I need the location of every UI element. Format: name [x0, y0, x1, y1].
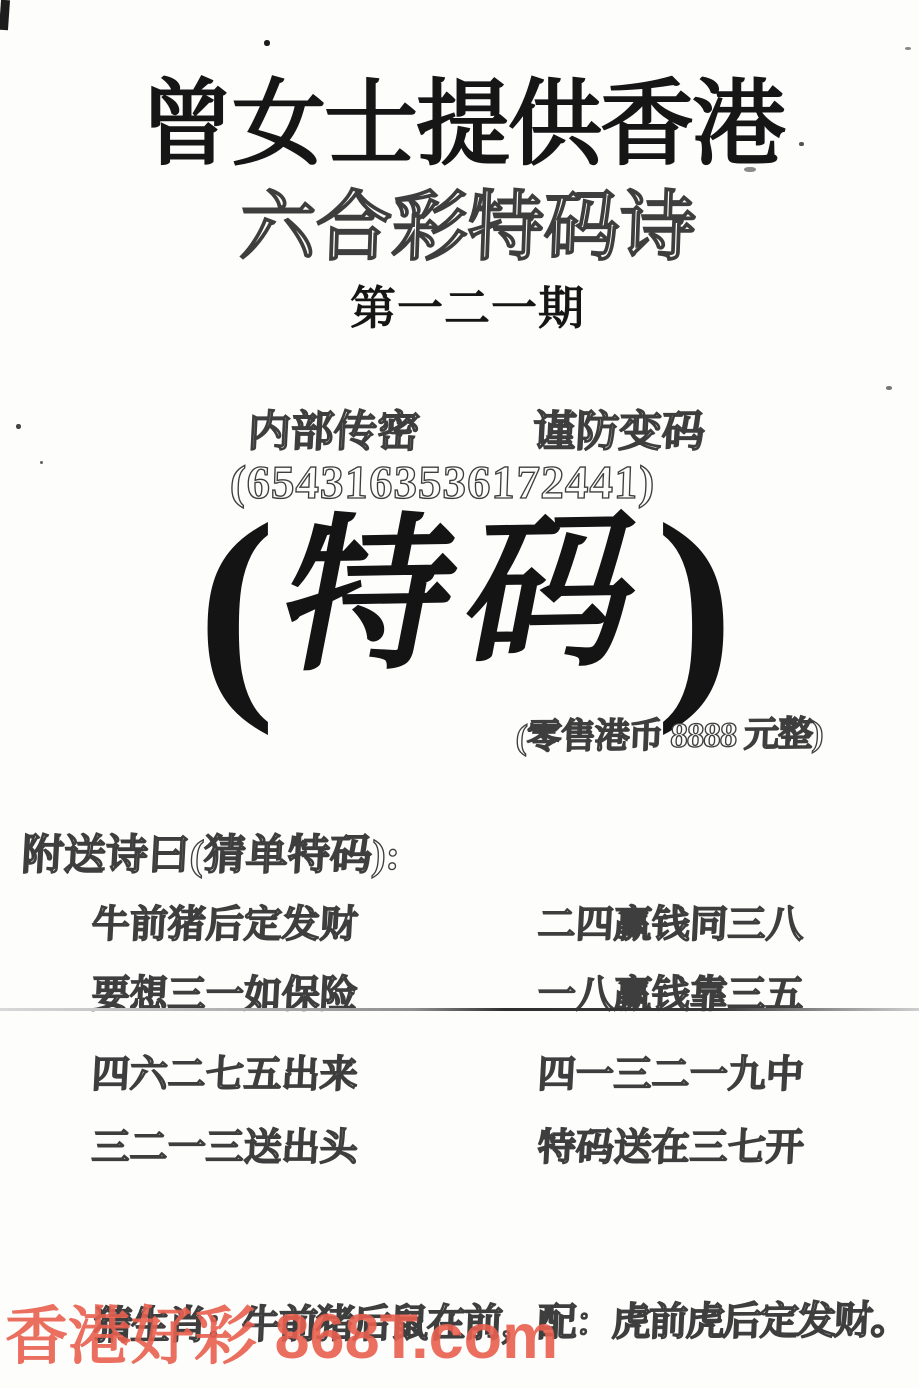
- poem-line: 三二一三送出头: [91, 1116, 360, 1171]
- scan-speck: [16, 424, 21, 429]
- poem-line: 二四赢钱同三八: [537, 893, 806, 948]
- issue-number: 第一二一期: [350, 272, 585, 338]
- poem-line: 特码送在三七开: [537, 1116, 806, 1171]
- page-subtitle: 六合彩特码诗: [238, 166, 698, 275]
- retail-price: (零售港币 8888 元整): [515, 706, 824, 759]
- open-paren: (: [197, 506, 275, 706]
- page-title: 曾女士提供香港: [140, 48, 784, 183]
- scanned-lottery-flyer: 曾女士提供香港 六合彩特码诗 第一二一期 内部传密 谨防变码 (65431635…: [0, 0, 919, 1388]
- scan-speck: [886, 386, 892, 390]
- poem-line: 牛前猪后定发财: [91, 893, 360, 948]
- scan-speck: [40, 461, 43, 464]
- scan-speck: [905, 47, 911, 50]
- close-paren: ): [656, 506, 734, 706]
- notice-internal-secret: 内部传密: [246, 398, 421, 459]
- special-code-banner: ( 特码 ): [178, 498, 753, 713]
- poem-heading: 附送诗曰(猜单特码):: [20, 822, 401, 882]
- scan-speck: [264, 40, 270, 46]
- poem-line: 四一三二一九中: [537, 1043, 806, 1098]
- scan-line-artifact: [0, 1008, 919, 1011]
- special-code-text: 特码: [267, 502, 667, 688]
- scan-speck: [799, 142, 804, 146]
- poem-line: 四六二七五出来: [91, 1043, 360, 1098]
- watermark: 香港好彩 868T.com: [5, 1306, 558, 1369]
- notice-beware-code-change: 谨防变码: [531, 398, 706, 459]
- scan-speck: [0, 0, 10, 30]
